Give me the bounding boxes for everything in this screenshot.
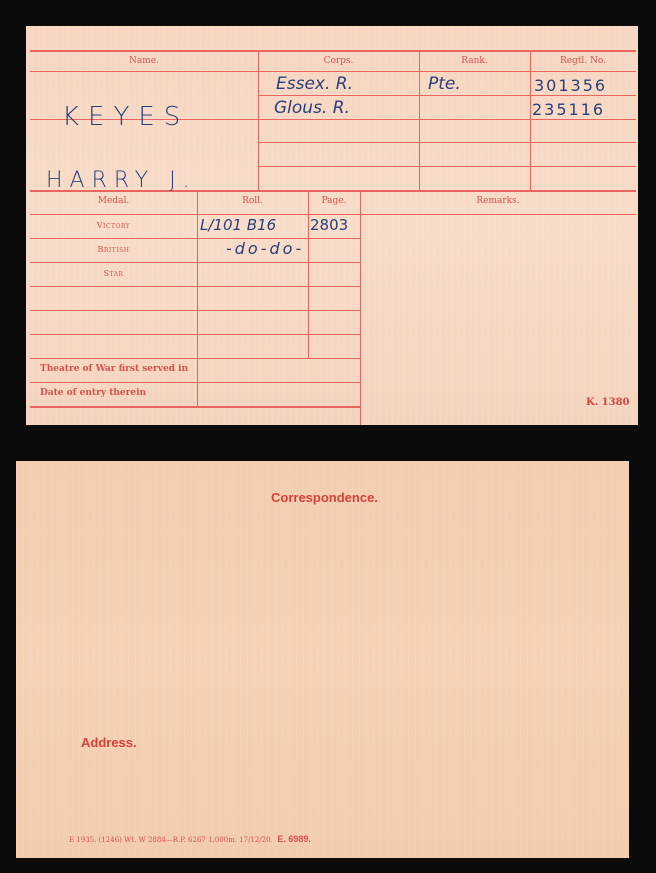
theatre-label: Theatre of War first served in — [40, 364, 188, 374]
forenames: HARRY J. — [46, 168, 197, 193]
rank-header: Rank. — [419, 56, 530, 66]
victory-page: 2803 — [310, 216, 348, 234]
rule — [30, 310, 360, 311]
imprint-text: E 1935. (1246) Wt. W 2884—R.P. 6267 1,00… — [69, 836, 273, 844]
printer-imprint: E 1935. (1246) Wt. W 2884—R.P. 6267 1,00… — [69, 834, 311, 844]
page-header: Page. — [308, 196, 360, 206]
corps-header: Corps. — [258, 56, 419, 66]
medal-british: British — [30, 245, 197, 254]
rule — [30, 214, 636, 215]
rule — [30, 238, 360, 239]
rule — [308, 190, 309, 358]
medal-index-card-back: Correspondence. Address. E 1935. (1246) … — [16, 461, 629, 858]
medal-index-card-front: Name. Corps. Rank. Regtl. No. KEYES HARR… — [26, 26, 638, 425]
rule — [30, 262, 360, 263]
rule — [419, 50, 420, 190]
rule — [258, 95, 636, 96]
rule — [258, 142, 636, 143]
rank-entry: Pte. — [428, 74, 461, 94]
name-header: Name. — [30, 56, 258, 66]
regtl-no-entry-1: 301356 — [534, 76, 607, 95]
remarks-header: Remarks. — [360, 196, 636, 206]
corps-entry-2: Glous. R. — [274, 98, 350, 118]
rule — [30, 358, 360, 359]
rule — [30, 50, 636, 52]
rule — [30, 71, 636, 72]
surname: KEYES — [62, 102, 189, 132]
medal-victory: Victory — [30, 221, 197, 230]
rule — [30, 382, 360, 383]
british-roll: -do-do- — [226, 239, 304, 258]
rule — [30, 406, 360, 408]
victory-roll: L/101 B16 — [200, 216, 276, 234]
rule — [258, 166, 636, 167]
roll-header: Roll. — [197, 196, 308, 206]
regtl-no-entry-2: 235116 — [532, 100, 605, 119]
rule — [30, 334, 360, 335]
imprint-code: E. 6989. — [277, 834, 311, 844]
regtl-no-header: Regtl. No. — [530, 56, 636, 66]
correspondence-heading: Correspondence. — [271, 490, 378, 505]
rule — [197, 190, 198, 406]
date-entry-label: Date of entry therein — [40, 388, 146, 398]
rule — [530, 50, 531, 190]
form-number: K. 1380 — [586, 397, 630, 408]
corps-entry-1: Essex. R. — [276, 74, 353, 94]
rule — [258, 50, 259, 190]
address-heading: Address. — [81, 735, 137, 750]
rule — [30, 286, 360, 287]
medal-star: Star — [30, 269, 197, 278]
rule — [360, 190, 361, 425]
medal-header: Medal. — [30, 196, 197, 206]
